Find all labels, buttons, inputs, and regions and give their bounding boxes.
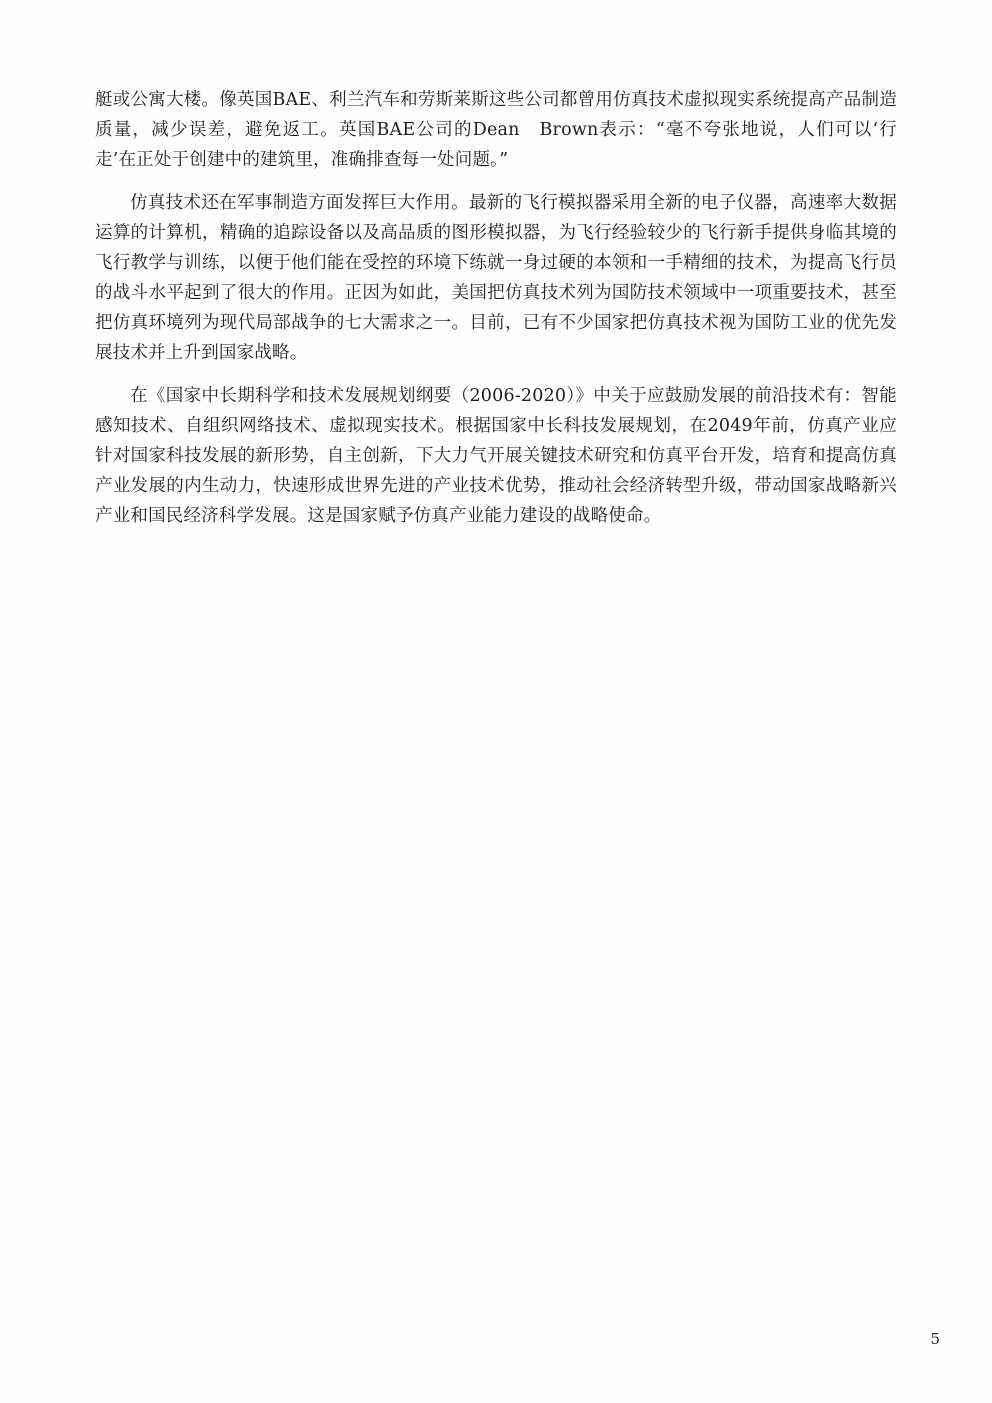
paragraph-national-plan: 在《国家中长期科学和技术发展规划纲要（2006-2020）》中关于应鼓励发展的前… (95, 381, 897, 531)
page-number: 5 (930, 1330, 940, 1348)
document-page: 艇或公寓大楼。像英国BAE、利兰汽车和劳斯莱斯这些公司都曾用仿真技术虚拟现实系统… (0, 0, 992, 1403)
paragraph-continuation: 艇或公寓大楼。像英国BAE、利兰汽车和劳斯莱斯这些公司都曾用仿真技术虚拟现实系统… (95, 85, 897, 175)
page-content: 艇或公寓大楼。像英国BAE、利兰汽车和劳斯莱斯这些公司都曾用仿真技术虚拟现实系统… (95, 85, 897, 544)
paragraph-military-simulation: 仿真技术还在军事制造方面发挥巨大作用。最新的飞行模拟器采用全新的电子仪器，高速率… (95, 188, 897, 368)
